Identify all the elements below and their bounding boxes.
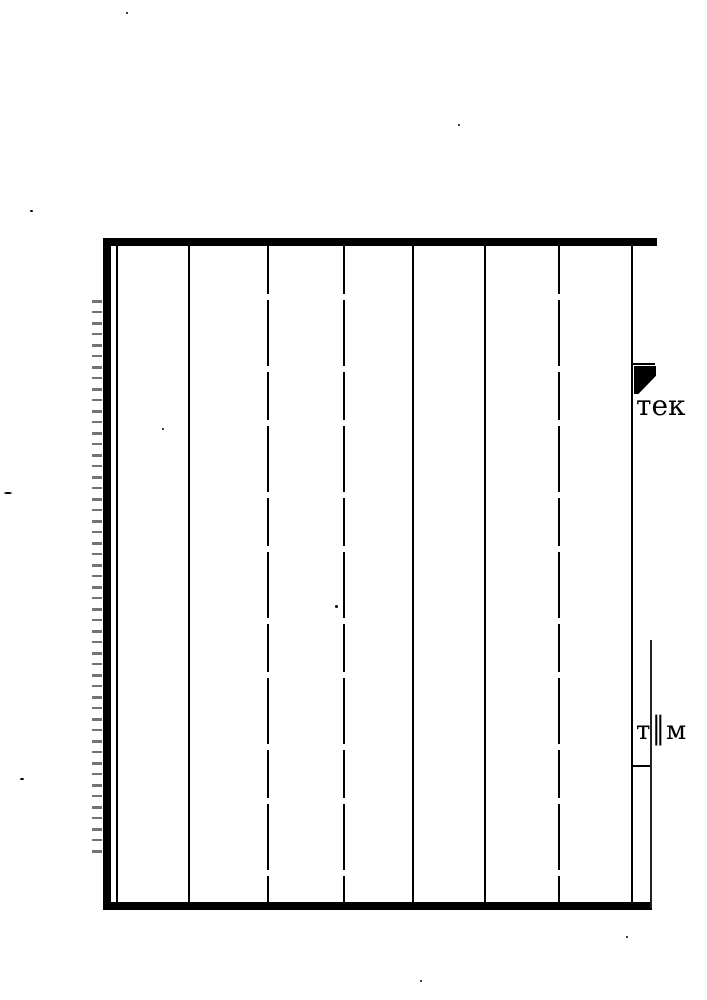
- column-rule: [267, 246, 269, 902]
- frame-left-inner-line: [116, 246, 118, 902]
- column-rule: [343, 246, 345, 902]
- scan-noise: [92, 300, 102, 860]
- scan-speck: [458, 124, 460, 126]
- scan-speck: [626, 936, 628, 938]
- scanned-page: тек т║м: [0, 0, 707, 1000]
- scan-speck: [30, 210, 33, 212]
- scan-speck: [4, 492, 12, 494]
- scan-speck: [20, 778, 24, 780]
- column-rule: [484, 246, 486, 902]
- text-fragment-upper: тек: [636, 392, 686, 420]
- page-tick-mark: [632, 765, 650, 767]
- column-rule: [631, 246, 633, 902]
- column-rule: [188, 246, 190, 902]
- scan-speck: [162, 428, 164, 430]
- frame-top-border: [104, 238, 657, 246]
- frame-right-border: [650, 640, 652, 908]
- frame-bottom-border: [104, 902, 652, 910]
- scan-speck: [420, 980, 422, 982]
- scan-speck: [126, 12, 128, 14]
- scan-speck: [335, 605, 338, 608]
- fish-tail-mark-line: [633, 363, 655, 365]
- column-rule: [412, 246, 414, 902]
- frame-left-border: [103, 238, 111, 910]
- text-fragment-lower: т║м: [636, 718, 686, 744]
- column-rule: [558, 246, 560, 902]
